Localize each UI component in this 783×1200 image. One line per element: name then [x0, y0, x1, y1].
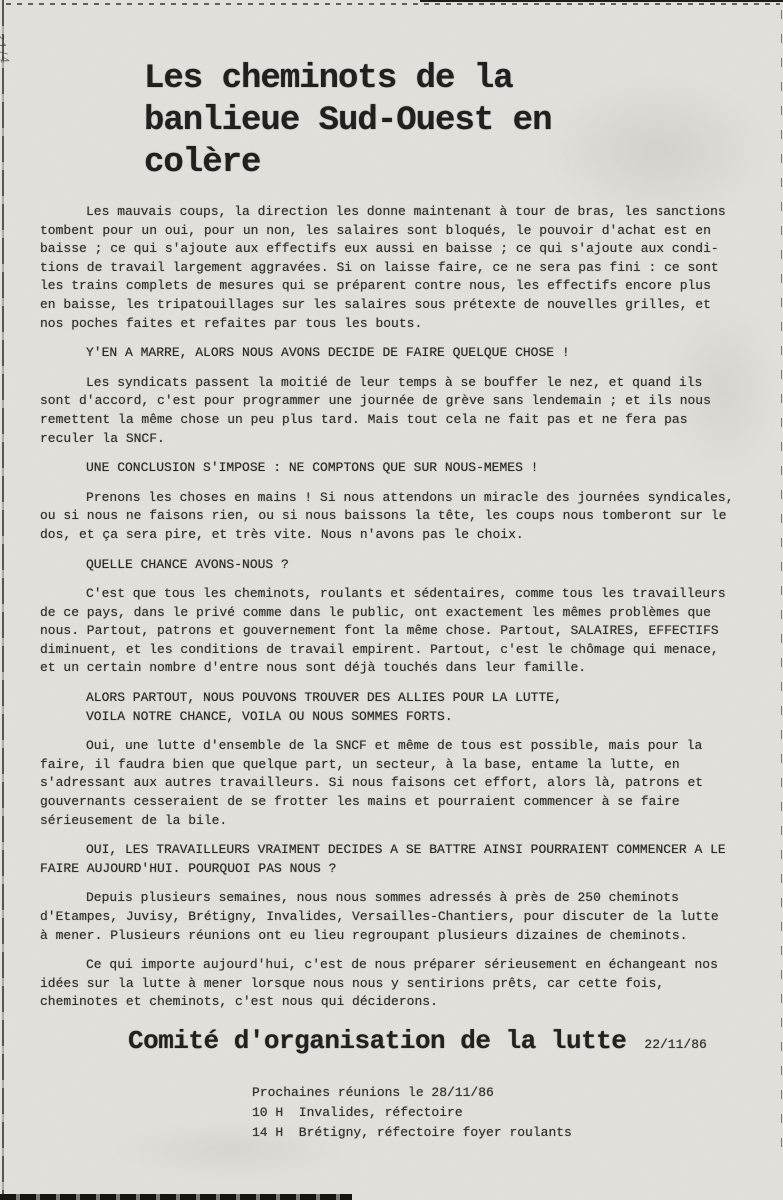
paragraph-250-cheminots: Depuis plusieurs semaines, nous nous som…: [40, 889, 743, 945]
signature: Comité d'organisation de la lutte: [128, 1026, 626, 1056]
document-title: Les cheminots de la banlieue Sud-Ouest e…: [144, 58, 743, 184]
scan-edge-bottom-bar: [0, 1194, 352, 1200]
paragraph-unions: Les syndicats passent la moitié de leur …: [40, 374, 743, 448]
heading-quelle-chance: QUELLE CHANCE AVONS-NOUS ?: [40, 556, 743, 575]
paragraph-prepare: Ce qui importe aujourd'hui, c'est de nou…: [40, 956, 743, 1012]
heading-conclusion: UNE CONCLUSION S'IMPOSE : NE COMPTONS QU…: [40, 459, 743, 478]
document-body: Les mauvais coups, la direction les donn…: [40, 203, 743, 1012]
heading-allies: ALORS PARTOUT, NOUS POUVONS TROUVER DES …: [40, 689, 743, 726]
signature-date: 22/11/86: [644, 1037, 706, 1052]
scan-edge-right: [781, 10, 782, 1154]
paragraph-bad-blows: Les mauvais coups, la direction les donn…: [40, 203, 743, 333]
scan-edge-top-solid: [420, 0, 783, 2]
heading-yen-a-marre: Y'EN A MARRE, ALORS NOUS AVONS DECIDE DE…: [40, 344, 743, 363]
scan-edge-top-dotted: [6, 3, 780, 5]
meeting-schedule: Prochaines réunions le 28/11/86 10 H Inv…: [252, 1083, 743, 1143]
paragraph-take-charge: Prenons les choses en mains ! Si nous at…: [40, 489, 743, 545]
paragraph-same-problems: C'est que tous les cheminots, roulants e…: [40, 585, 743, 678]
paragraph-joint-struggle: Oui, une lutte d'ensemble de la SNCF et …: [40, 737, 743, 830]
scanned-leaflet-page: 31/4 Les cheminots de la banlieue Sud-Ou…: [0, 0, 783, 1200]
scan-edge-left: [2, 0, 4, 1200]
document-content: Les cheminots de la banlieue Sud-Ouest e…: [0, 58, 783, 1143]
heading-pourquoi-pas-nous: OUI, LES TRAVAILLEURS VRAIMENT DECIDES A…: [40, 841, 743, 878]
signature-row: Comité d'organisation de la lutte 22/11/…: [128, 1026, 743, 1056]
